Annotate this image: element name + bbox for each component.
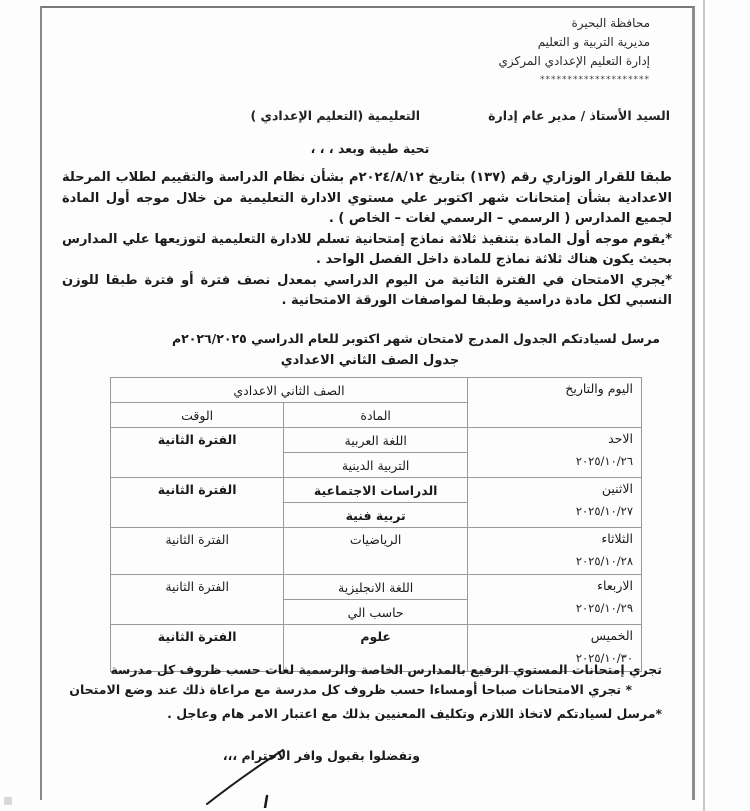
- day-name: الثلاثاء: [468, 528, 633, 550]
- day-name: الاثنين: [468, 478, 633, 500]
- subject-cell: علوم: [284, 625, 468, 672]
- day-name: الاحد: [468, 428, 633, 450]
- time-cell: الفترة الثانية: [111, 575, 284, 625]
- schedule-intro: مرسل لسيادتكم الجدول المدرج لامتحان شهر …: [172, 331, 660, 346]
- table-header-row: اليوم والتاريخ الصف الثاني الاعدادي: [111, 378, 642, 403]
- letter-body: طبقا للقرار الوزاري رقم (١٣٧) بتاريخ ٢٠٢…: [62, 168, 672, 312]
- day-date: ٢٠٢٥/١٠/٣٠: [468, 647, 633, 669]
- letterhead: محافظة البحيرة مديرية التربية و التعليم …: [499, 14, 651, 90]
- time-cell: الفترة الثانية: [111, 428, 284, 478]
- day-cell: الاربعاء ٢٠٢٥/١٠/٢٩: [467, 575, 641, 625]
- table-row: الثلاثاء ٢٠٢٥/١٠/٢٨ الرياضيات الفترة الث…: [111, 528, 642, 575]
- administration-name: إدارة التعليم الإعدادي المركزي: [499, 52, 651, 71]
- exam-schedule-table: اليوم والتاريخ الصف الثاني الاعدادي الما…: [110, 377, 642, 672]
- day-cell: الثلاثاء ٢٠٢٥/١٠/٢٨: [467, 528, 641, 575]
- time-cell: الفترة الثانية: [111, 625, 284, 672]
- header-subject: المادة: [284, 403, 468, 428]
- table-row: الاربعاء ٢٠٢٥/١٠/٢٩ اللغة الانجليزية الف…: [111, 575, 642, 600]
- subject-cell: التربية الدينية: [284, 453, 468, 478]
- table-row: الاحد ٢٠٢٥/١٠/٢٦ اللغة العربية الفترة ال…: [111, 428, 642, 453]
- day-cell: الاثنين ٢٠٢٥/١٠/٢٧: [467, 478, 641, 528]
- table-title: جدول الصف الثاني الاعدادي: [60, 353, 680, 368]
- time-cell: الفترة الثانية: [111, 478, 284, 528]
- day-cell: الاحد ٢٠٢٥/١٠/٢٦: [467, 428, 641, 478]
- addressee-title: السيد الأستاذ / مدير عام إدارة: [488, 108, 670, 123]
- signature-stroke-icon: [205, 738, 285, 808]
- day-name: الاربعاء: [468, 575, 633, 597]
- day-date: ٢٠٢٥/١٠/٢٧: [468, 500, 633, 522]
- header-grade: الصف الثاني الاعدادي: [111, 378, 468, 403]
- subject-cell: تربية فنية: [284, 503, 468, 528]
- greeting: تحية طيبة وبعد ، ، ،: [60, 141, 680, 156]
- separator-stars: ********************: [499, 71, 651, 90]
- time-cell: الفترة الثانية: [111, 528, 284, 575]
- subject-cell: الدراسات الاجتماعية: [284, 478, 468, 503]
- subject-cell: اللغة العربية: [284, 428, 468, 453]
- governorate-name: محافظة البحيرة: [499, 14, 651, 33]
- header-day-date: اليوم والتاريخ: [467, 378, 641, 428]
- directorate-name: مديرية التربية و التعليم: [499, 33, 651, 52]
- day-date: ٢٠٢٥/١٠/٢٨: [468, 550, 633, 572]
- day-cell: الخميس ٢٠٢٥/١٠/٣٠: [467, 625, 641, 672]
- table-row: الاثنين ٢٠٢٥/١٠/٢٧ الدراسات الاجتماعية ا…: [111, 478, 642, 503]
- header-time: الوقت: [111, 403, 284, 428]
- scan-artifact: [4, 797, 12, 805]
- subject-cell: الرياضيات: [284, 528, 468, 575]
- scan-edge: [703, 0, 705, 811]
- day-date: ٢٠٢٥/١٠/٢٦: [468, 450, 633, 472]
- subject-cell: اللغة الانجليزية: [284, 575, 468, 600]
- day-date: ٢٠٢٥/١٠/٢٩: [468, 597, 633, 619]
- table-row: الخميس ٢٠٢٥/١٠/٣٠ علوم الفترة الثانية: [111, 625, 642, 672]
- body-paragraph-decree: طبقا للقرار الوزاري رقم (١٣٧) بتاريخ ٢٠٢…: [62, 168, 672, 230]
- subject-cell: حاسب الي: [284, 600, 468, 625]
- addressee-department: التعليمية (التعليم الإعدادي ): [250, 108, 420, 123]
- body-paragraph-models: *يقوم موجه أول المادة بتنفيذ ثلاثة نماذج…: [62, 230, 672, 271]
- day-name: الخميس: [468, 625, 633, 647]
- body-paragraph-period: *يجري الامتحان في الفترة الثانية من اليو…: [62, 271, 672, 312]
